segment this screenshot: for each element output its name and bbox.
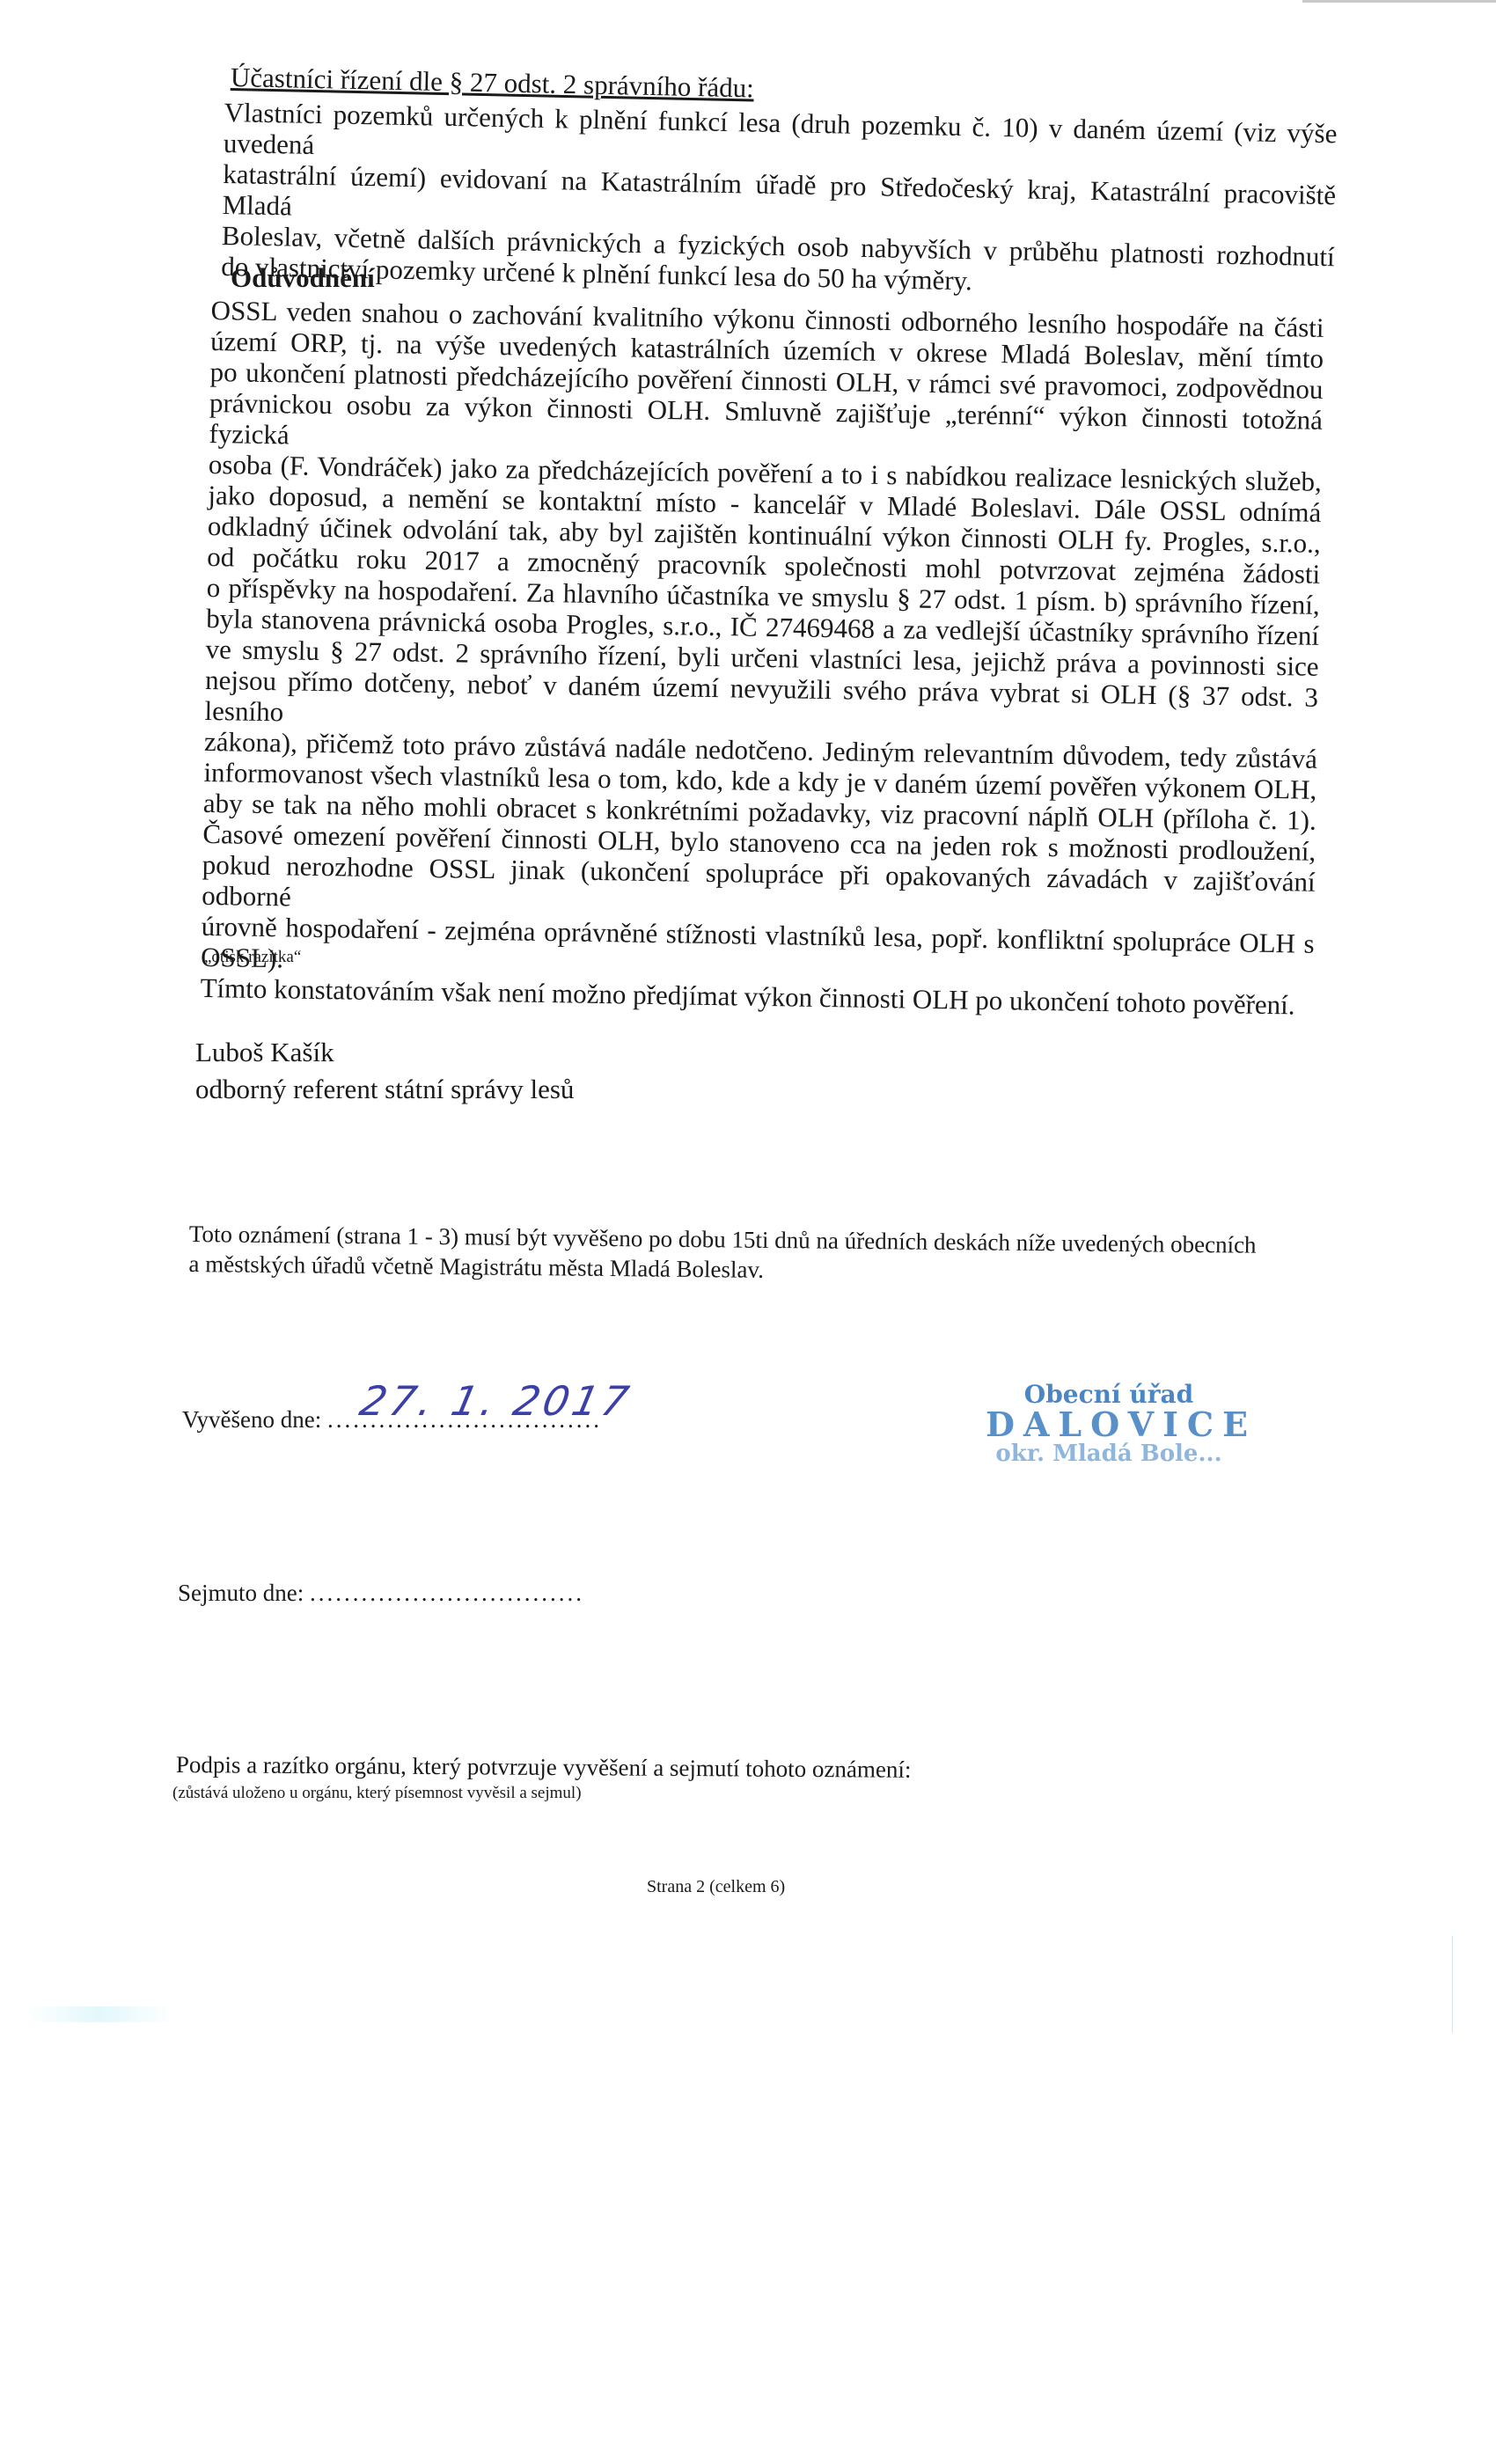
document-page: Účastníci řízení dle § 27 odst. 2 správn… [0,0,1496,2050]
signatory: Luboš Kašík odborný referent státní sprá… [195,1034,574,1108]
participants-paragraph: Vlastníci pozemků určených k plnění funk… [221,97,1338,303]
page-number: Strana 2 (celkem 6) [647,1877,785,1897]
stamp-placeholder: „otisk razítka“ [204,948,301,967]
justification-paragraph: OSSL veden snahou o zachování kvalitního… [200,295,1324,1021]
confirmation-note: (zůstává uloženo u orgánu, který písemno… [172,1784,582,1803]
confirmation-line: Podpis a razítko orgánu, který potvrzuje… [176,1751,912,1784]
office-stamp: Obecní úřad DALOVICE okr. Mladá Bole... [986,1382,1232,1466]
stamp-line: DALOVICE [986,1408,1232,1441]
stamp-line: okr. Mladá Bole... [986,1441,1232,1466]
signatory-title: odborný referent státní správy lesů [195,1071,574,1108]
posting-notice: Toto oznámení (strana 1 - 3) musí být vy… [188,1219,1289,1290]
posted-label: Vyvěšeno dne: [182,1406,321,1433]
justification-heading: Odůvodnění [231,262,375,294]
signatory-name: Luboš Kašík [195,1034,574,1071]
posted-date-handwritten: 27. 1. 2017 [356,1377,636,1425]
removed-dots: ................................ [310,1580,584,1606]
removed-date-field: Sejmuto dne: ...........................… [178,1580,584,1607]
removed-label: Sejmuto dne: [178,1580,304,1606]
